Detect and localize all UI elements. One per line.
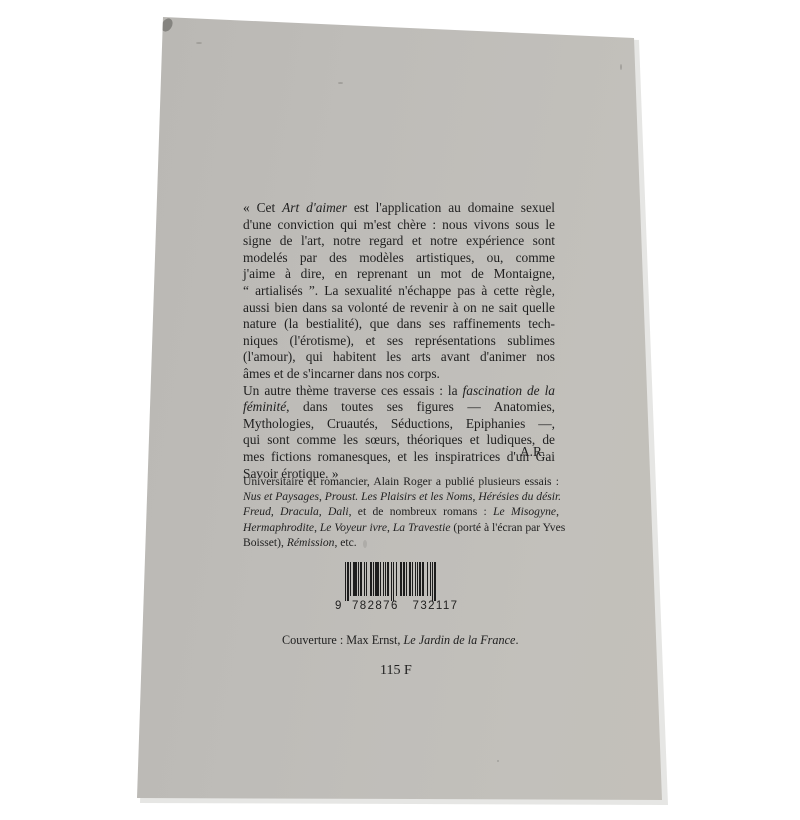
quote-line: Un autre thème traverse ces essais : la … — [243, 383, 555, 400]
barcode-space — [436, 562, 437, 596]
quote-line: féminité, dans toutes ses figures — Anat… — [243, 399, 555, 416]
page-speck — [196, 42, 202, 44]
quote-line: qui sont comme les sœurs, théoriques et … — [243, 432, 555, 449]
isbn-number: 9 782876 732117 — [335, 600, 458, 612]
author-bio: Universitaire et romancier, Alain Roger … — [243, 474, 559, 550]
quote-line: (l'amour), qui habitent les arts avant d… — [243, 349, 555, 366]
bio-line: Boisset), Rémission, etc. — [243, 535, 559, 550]
cover-credit-suffix: . — [515, 633, 518, 647]
page-speck — [497, 760, 499, 762]
quote-line: nature (la bestialité), que dans ses raf… — [243, 316, 555, 333]
italic-title: fascination de la — [463, 383, 555, 398]
bio-line: Freud, Dracula, Dali, et de nombreux rom… — [243, 504, 559, 519]
page-speck — [338, 82, 343, 84]
italic-title: Freud, Dracula, Dali — [243, 505, 349, 518]
cover-credit: Couverture : Max Ernst, Le Jardin de la … — [282, 633, 518, 648]
quote-signature: A.R. — [520, 444, 545, 460]
italic-title: Rémission — [287, 536, 335, 549]
quote-line: « Cet Art d'aimer est l'application au d… — [243, 200, 555, 217]
italic-title: Proust. Les Plaisirs et les Noms — [325, 490, 473, 503]
quote-line: mes fictions romanesques, et les inspira… — [243, 449, 555, 466]
quote-line: “ artialisés ”. La sexualité n'échappe p… — [243, 283, 555, 300]
italic-title: Hermaphrodite — [243, 521, 314, 534]
quote-line: Mythologies, Cruautés, Séductions, Epiph… — [243, 416, 555, 433]
quote-line: j'aime à dire, en reprenant un mot de Mo… — [243, 266, 555, 283]
isbn-barcode — [345, 562, 457, 600]
bio-line: Universitaire et romancier, Alain Roger … — [243, 474, 559, 489]
page-speck — [620, 64, 622, 70]
italic-title: Le Misogyne — [493, 505, 556, 518]
cover-artwork-title: Le Jardin de la France — [404, 633, 516, 647]
price: 115 F — [380, 663, 412, 679]
quote-line: aussi bien dans sa volonté de revenir à … — [243, 300, 555, 317]
quote-line: signe de l'art, notre regard et notre ex… — [243, 233, 555, 250]
italic-title: La Travestie — [393, 521, 451, 534]
italic-title: Hérésies du désir. — [478, 490, 561, 503]
italic-title: Nus et Paysages — [243, 490, 319, 503]
blurb-quote: « Cet Art d'aimer est l'application au d… — [243, 200, 555, 482]
corner-scuff-mark — [159, 16, 175, 33]
italic-title: féminité — [243, 399, 286, 414]
bio-line: Nus et Paysages, Proust. Les Plaisirs et… — [243, 489, 559, 504]
cover-credit-prefix: Couverture : Max Ernst, — [282, 633, 404, 647]
quote-line: niques (l'érotisme), et ses représentati… — [243, 333, 555, 350]
bio-line: Hermaphrodite, Le Voyeur ivre, La Traves… — [243, 520, 559, 535]
quote-line: âmes et de s'incarner dans nos corps. — [243, 366, 555, 383]
quote-line: d'une conviction qui m'est chère : nous … — [243, 217, 555, 234]
quote-line: modelés par des modèles artistiques, ou,… — [243, 250, 555, 267]
italic-title: Le Voyeur ivre — [320, 521, 387, 534]
italic-title: Art d'aimer — [282, 200, 347, 215]
